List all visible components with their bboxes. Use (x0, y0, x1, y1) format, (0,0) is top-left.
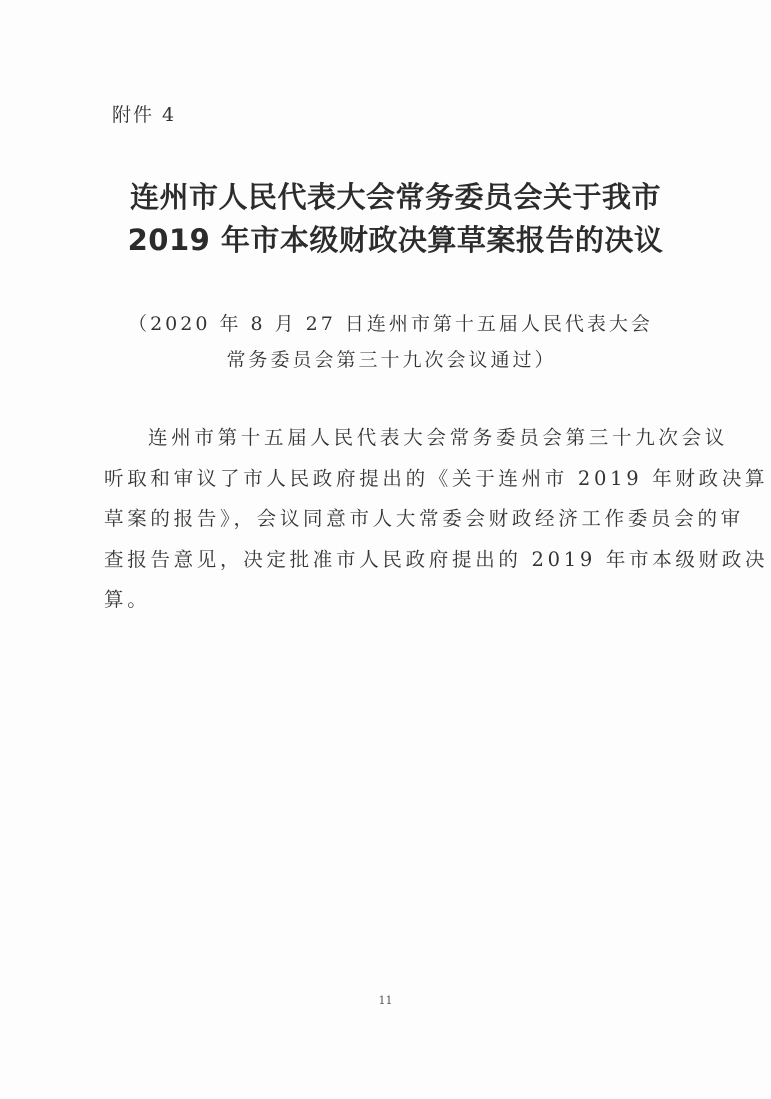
body-line: 查报告意见，决定批准市人民政府提出的 2019 年市本级财政决 (104, 540, 672, 581)
document-title-line-1: 连州市人民代表大会常务委员会关于我市 (0, 175, 771, 216)
body-line: 听取和审议了市人民政府提出的《关于连州市 2019 年财政决算 (104, 459, 672, 500)
resolution-body: 连州市第十五届人民代表大会常务委员会第三十九次会议 听取和审议了市人民政府提出的… (104, 418, 672, 621)
adoption-note-line-1: （2020 年 8 月 27 日连州市第十五届人民代表大会 (0, 309, 771, 336)
attachment-label: 附件 4 (112, 100, 176, 127)
body-line: 连州市第十五届人民代表大会常务委员会第三十九次会议 (104, 418, 672, 459)
document-title-line-2: 2019 年市本级财政决算草案报告的决议 (0, 218, 771, 259)
adoption-note-line-2: 常务委员会第三十九次会议通过） (0, 345, 771, 372)
body-line: 草案的报告》，会议同意市人大常委会财政经济工作委员会的审 (104, 499, 672, 540)
document-page: 附件 4 连州市人民代表大会常务委员会关于我市 2019 年市本级财政决算草案报… (0, 0, 771, 1099)
page-number: 11 (0, 994, 771, 1007)
body-line: 算。 (104, 580, 672, 621)
